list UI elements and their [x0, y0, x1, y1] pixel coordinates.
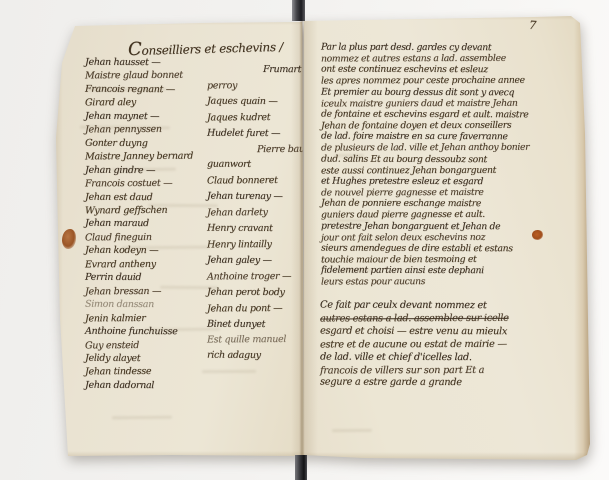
name-entry: Francois costuet — [85, 177, 193, 191]
manuscript-line: sieurs amendegues de dire establi et est… [321, 242, 577, 254]
name-entry: Evrard antheny [85, 257, 193, 271]
conseillers-column-1: Jehan hausset — Maistre glaud bonnet Fra… [85, 56, 193, 392]
rust-stain-left-page [62, 229, 76, 249]
name-entry: Gonter duyng [85, 136, 193, 150]
name-entry: Jelidy alayet [85, 352, 193, 366]
manuscript-line: et Hughes pretestre esleuz et esgard [321, 175, 577, 187]
manuscript-line: guniers daud pierre gagnesse et ault. [321, 209, 577, 221]
name-entry: Jenin kalmier [85, 311, 193, 325]
name-entry: Jehan maraud [85, 217, 193, 231]
name-entry: Jehan hausset — [85, 56, 193, 70]
name-entry: Jehan dadornal [85, 379, 193, 393]
name-entry: Jehan bressan — [85, 284, 193, 298]
manuscript-line: dud. salins Et au bourg dessoubz sont [321, 153, 577, 165]
name-entry: Simon danssan [85, 298, 193, 312]
name-entry: Girard aley [85, 96, 193, 110]
name-entry: Maistre Janney bernard [85, 150, 193, 164]
manuscript-line: leurs estas pour aucuns [321, 276, 577, 288]
name-entry: Perrin dauid [85, 271, 193, 285]
name-entry: Jehan est daud [85, 190, 193, 204]
book-gutter [300, 18, 304, 456]
paragraph-1: Par la plus part desd. gardes cy devant … [321, 42, 577, 287]
right-page: 7 Par la plus part desd. gardes cy devan… [304, 14, 592, 462]
manuscript-line: de plusieurs de lad. ville et Jehan anth… [321, 142, 577, 154]
manuscript-line: este aussi continuez Jehan bongarguent [321, 164, 577, 176]
manuscript-line: esgard et choisi — estre venu au mieulx [320, 325, 576, 339]
name-entry: Jehan maynet — [85, 110, 193, 124]
name-entry: Jehan tindesse [85, 365, 193, 379]
name-entry: Claud fineguin [85, 231, 193, 245]
manuscript-line: iceulx maistre guniers daud et maistre J… [321, 97, 577, 109]
manuscript-line: les apres nommez pour ceste prochaine an… [321, 75, 577, 87]
manuscript-line: de lad. ville et chief d'icelles lad. [320, 351, 576, 365]
book-cradle-rod-top [292, 0, 305, 21]
name-entry: Jehan gindre — [85, 163, 193, 177]
name-entry: Guy ensteid [85, 338, 193, 352]
manuscript-line: Ce fait par ceulx devant nommez et [320, 300, 576, 314]
manuscript-line: autres estans a lad. assemblee sur icell… [320, 312, 576, 326]
name-entry: Wynard geffschen [85, 204, 193, 218]
left-page: Conseilliers et eschevins / Jehan hausse… [52, 18, 304, 460]
folio-number: 7 [529, 18, 537, 32]
show-through-mark [112, 416, 172, 419]
name-entry: Francois regnant — [85, 83, 193, 97]
photo-backdrop: Conseilliers et eschevins / Jehan hausse… [0, 0, 609, 480]
name-entry: Jehan kodeyn — [85, 244, 193, 258]
manuscript-line: segure a estre garde a grande [320, 377, 576, 391]
name-entry: Maistre glaud bonnet [85, 69, 193, 83]
show-through-mark [202, 370, 256, 373]
manuscript-line: Et premier au bourg dessus dit sont y av… [321, 86, 577, 98]
name-entry: Anthoine funchuisse [85, 325, 193, 339]
manuscript-line: estre et de aucune ou estat de mairie — [320, 338, 576, 352]
paragraph-2: Ce fait par ceulx devant nommez et autre… [320, 300, 576, 390]
manuscript-book: Conseilliers et eschevins / Jehan hausse… [0, 0, 609, 480]
name-entry: Jehan pennyssen [85, 123, 193, 137]
show-through-mark [332, 429, 372, 432]
book-cradle-rod-bottom [295, 455, 307, 480]
